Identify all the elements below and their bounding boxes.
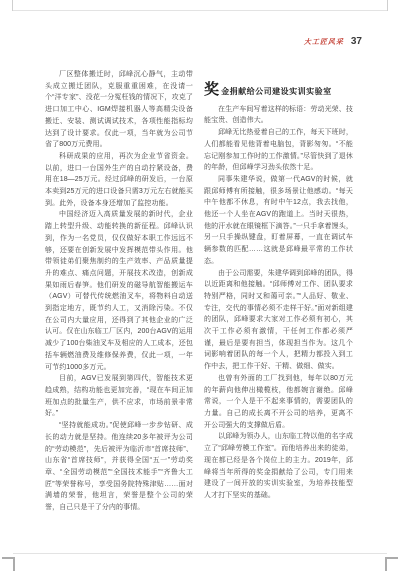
paragraph: 在生产车间写着这样的标语：劳动光荣、技能宝贵、创造伟大。	[204, 104, 353, 127]
paragraph: 也曾有外面的工厂找到他，每年以80万元的年薪向他伸出橄榄枝，他都婉言谢绝。邱峰常…	[204, 373, 353, 432]
paragraph: “坚持就能成功。”促使邱峰一步步钻研、成长的动力就是坚持。他连续20多年被评为公…	[45, 420, 193, 514]
crop-mark-top-right	[387, 0, 388, 11]
crop-mark-bottom-right	[385, 557, 398, 571]
section-headline: 奖 金捐献给公司建设实训实验室	[204, 82, 353, 98]
section-title: 大工匠风采	[304, 37, 344, 47]
paragraph: 目前，AGV已发展到第四代，智能技术更趋成熟，结构功能也更加完善，“现在车间正加…	[45, 373, 193, 420]
page-number: 37	[351, 36, 362, 47]
magazine-page: 大工匠风采 37 厂区整体搬迁时，邱峰沉心静气，主动带头成立搬迁团队，克服重重困…	[0, 0, 400, 571]
paragraph: 由于公司需要，朱建华调到邱峰的团队，得以近距离和他接触。“邱师傅对工作、团队要求…	[204, 268, 353, 373]
crop-mark-top-left	[12, 0, 13, 11]
paragraph: 科研成果的应用，再次为企业节省资金。以前，进口一台国外生产的自动拧紧设备，费用在…	[45, 151, 193, 210]
headline-text: 金捐献给公司建设实训实验室	[221, 86, 332, 98]
paragraph: 厂区整体搬迁时，邱峰沉心静气，主动带头成立搬迁团队，克服重重困难，在没请一个“洋…	[45, 69, 193, 151]
paragraph: 邱峰无比热爱着自己的工作，每天下班时，人们都能看见他背着电脑包，背影匆匆。“不能…	[204, 127, 353, 174]
paragraph: 中国经济迈入高质量发展的新时代，企业踏上转型升级、动能转换的新征程。邱峰认识到，…	[45, 209, 193, 373]
running-head: 大工匠风采 37	[304, 36, 362, 47]
right-column: 奖 金捐献给公司建设实训实验室 在生产车间写着这样的标语：劳动光荣、技能宝贵、创…	[204, 82, 353, 502]
headline-lead-character: 奖	[204, 82, 219, 97]
paragraph: 同事朱建华说，做第一代AGV的时候，就跟邱师傅有所接触，很多场景让他感动。“每天…	[204, 174, 353, 268]
page-top-rule	[13, 10, 387, 11]
paragraph: 以邱峰为领办人，山东临工特以他的名字成立了“邱峰劳模工作室”。而他培养出来的徒弟…	[204, 431, 353, 501]
left-column: 厂区整体搬迁时，邱峰沉心静气，主动带头成立搬迁团队，克服重重困难，在没请一个“洋…	[45, 69, 193, 514]
crop-mark-bottom-left	[2, 557, 15, 571]
page-bottom-rule	[13, 553, 387, 554]
